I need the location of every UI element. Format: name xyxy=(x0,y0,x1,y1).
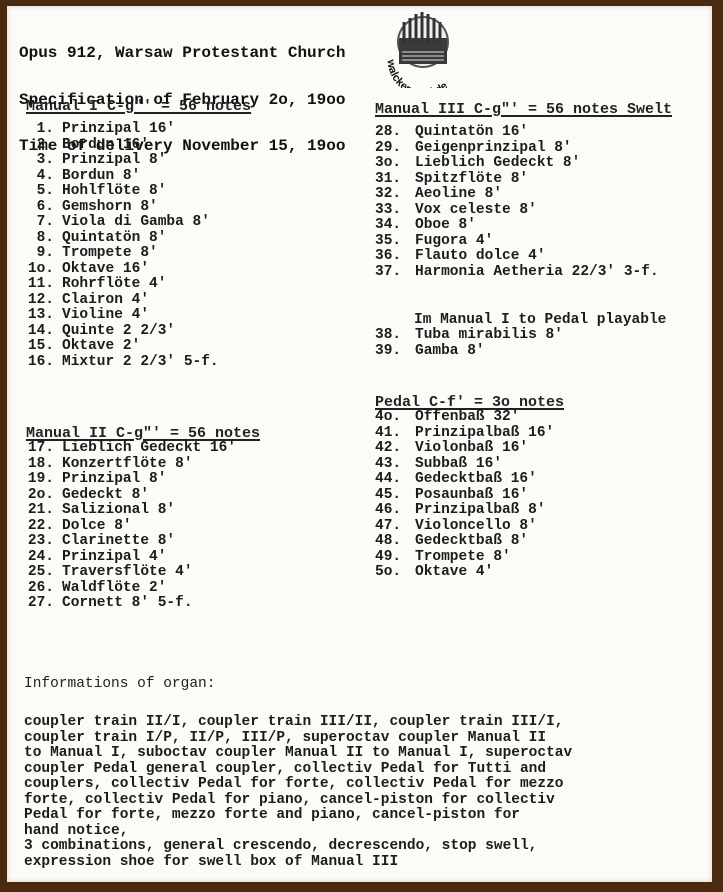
stop-item: 47.Violoncello 8' xyxy=(375,519,554,535)
stop-item: 7.Viola di Gamba 8' xyxy=(20,215,219,231)
stop-name: Oboe 8' xyxy=(415,217,476,233)
stop-number: 39. xyxy=(375,344,408,360)
stop-name: Prinzipal 4' xyxy=(62,549,166,565)
stop-number: 2o. xyxy=(20,488,54,504)
stop-number: 14. xyxy=(20,324,54,340)
stop-name: Prinzipal 8' xyxy=(62,471,166,487)
stop-item: 2.Bordun 16' xyxy=(20,138,219,154)
stop-name: Oktave 4' xyxy=(415,564,493,580)
stop-item: 5o.Oktave 4' xyxy=(375,565,554,581)
stop-number: 37. xyxy=(375,265,408,281)
stop-item: 49.Trompete 8' xyxy=(375,550,554,566)
info-line: expression shoe for swell box of Manual … xyxy=(24,855,714,871)
info-line: coupler train II/I, coupler train III/II… xyxy=(24,715,714,731)
stop-name: Clairon 4' xyxy=(62,292,149,308)
stop-number: 6. xyxy=(20,200,54,216)
stop-number: 43. xyxy=(375,457,408,473)
info-line: 3 combinations, general crescendo, decre… xyxy=(24,839,714,855)
stop-name: Salizional 8' xyxy=(62,502,175,518)
stop-item: 11.Rohrflöte 4' xyxy=(20,277,219,293)
info-line: forte, collectiv Pedal for piano, cancel… xyxy=(24,793,714,809)
stop-number: 21. xyxy=(20,503,54,519)
stop-number: 11. xyxy=(20,277,54,293)
stop-number: 33. xyxy=(375,203,408,219)
stop-item: 43.Subbaß 16' xyxy=(375,457,554,473)
stop-number: 26. xyxy=(20,581,54,597)
stop-item: 37.Harmonia Aetheria 22/3' 3-f. xyxy=(375,265,659,281)
stop-name: Viola di Gamba 8' xyxy=(62,214,210,230)
stop-item: 1.Prinzipal 16' xyxy=(20,122,219,138)
stop-item: 13.Violine 4' xyxy=(20,308,219,324)
stop-item: 33.Vox celeste 8' xyxy=(375,203,659,219)
stop-name: Gedecktbaß 8' xyxy=(415,533,528,549)
stop-item: 12.Clairon 4' xyxy=(20,293,219,309)
stop-number: 9. xyxy=(20,246,54,262)
stop-name: Lieblich Gedeckt 16' xyxy=(62,440,236,456)
stop-name: Vox celeste 8' xyxy=(415,202,537,218)
stop-name: Trompete 8' xyxy=(415,549,511,565)
manual-3-stop-list: 28.Quintatön 16'29.Geigenprinzipal 8'3o.… xyxy=(375,125,659,280)
stop-name: Prinzipalbaß 16' xyxy=(415,425,554,441)
stop-number: 34. xyxy=(375,218,408,234)
stop-item: 25.Traversflöte 4' xyxy=(20,565,236,581)
stop-number: 32. xyxy=(375,187,408,203)
stop-name: Rohrflöte 4' xyxy=(62,276,166,292)
stop-number: 16. xyxy=(20,355,54,371)
stop-number: 35. xyxy=(375,234,408,250)
stop-number: 7. xyxy=(20,215,54,231)
stop-name: Offenbaß 32' xyxy=(415,409,519,425)
stop-name: Cornett 8' 5-f. xyxy=(62,595,193,611)
stop-item: 31.Spitzflöte 8' xyxy=(375,172,659,188)
stop-number: 25. xyxy=(20,565,54,581)
stop-number: 5. xyxy=(20,184,54,200)
stop-item: 1o.Oktave 16' xyxy=(20,262,219,278)
stop-name: Lieblich Gedeckt 8' xyxy=(415,155,580,171)
stop-name: Geigenprinzipal 8' xyxy=(415,140,572,156)
stop-item: 38.Tuba mirabilis 8' xyxy=(375,328,563,344)
stop-item: 6.Gemshorn 8' xyxy=(20,200,219,216)
stop-name: Subbaß 16' xyxy=(415,456,502,472)
manual-1-stop-list: 1.Prinzipal 16'2.Bordun 16'3.Prinzipal 8… xyxy=(20,122,219,370)
stop-number: 5o. xyxy=(375,565,408,581)
stop-number: 36. xyxy=(375,249,408,265)
stop-number: 18. xyxy=(20,457,54,473)
stop-name: Hohlflöte 8' xyxy=(62,183,166,199)
info-line: coupler train I/P, II/P, III/P, superoct… xyxy=(24,731,714,747)
stop-item: 27.Cornett 8' 5-f. xyxy=(20,596,236,612)
stop-name: Prinzipalbaß 8' xyxy=(415,502,546,518)
stop-number: 22. xyxy=(20,519,54,535)
stop-number: 45. xyxy=(375,488,408,504)
stop-number: 23. xyxy=(20,534,54,550)
stop-number: 42. xyxy=(375,441,408,457)
stop-number: 8. xyxy=(20,231,54,247)
stop-number: 28. xyxy=(375,125,408,141)
stop-name: Oktave 16' xyxy=(62,261,149,277)
stop-item: 42.Violonbaß 16' xyxy=(375,441,554,457)
stop-number: 4. xyxy=(20,169,54,185)
stop-name: Violoncello 8' xyxy=(415,518,537,534)
stop-item: 16.Mixtur 2 2/3' 5-f. xyxy=(20,355,219,371)
stop-item: 3o.Lieblich Gedeckt 8' xyxy=(375,156,659,172)
stop-item: 18.Konzertflöte 8' xyxy=(20,457,236,473)
stop-name: Gamba 8' xyxy=(415,343,485,359)
info-line: Pedal for forte, mezzo forte and piano, … xyxy=(24,808,714,824)
stop-number: 29. xyxy=(375,141,408,157)
stop-item: 2o.Gedeckt 8' xyxy=(20,488,236,504)
stop-item: 19.Prinzipal 8' xyxy=(20,472,236,488)
stop-item: 45.Posaunbaß 16' xyxy=(375,488,554,504)
stop-item: 23.Clarinette 8' xyxy=(20,534,236,550)
stop-number: 46. xyxy=(375,503,408,519)
stop-name: Quintatön 16' xyxy=(415,124,528,140)
stop-item: 9.Trompete 8' xyxy=(20,246,219,262)
stop-name: Aeoline 8' xyxy=(415,186,502,202)
stop-number: 44. xyxy=(375,472,408,488)
stop-name: Gemshorn 8' xyxy=(62,199,158,215)
stop-name: Gedecktbaß 16' xyxy=(415,471,537,487)
stop-number: 48. xyxy=(375,534,408,550)
info-body: coupler train II/I, coupler train III/II… xyxy=(24,715,714,870)
stop-name: Tuba mirabilis 8' xyxy=(415,327,563,343)
stop-item: 14.Quinte 2 2/3' xyxy=(20,324,219,340)
stop-number: 3o. xyxy=(375,156,408,172)
stop-item: 4o.Offenbaß 32' xyxy=(375,410,554,426)
stop-name: Spitzflöte 8' xyxy=(415,171,528,187)
stop-number: 2. xyxy=(20,138,54,154)
stop-name: Bordun 8' xyxy=(62,168,140,184)
stop-item: 34.Oboe 8' xyxy=(375,218,659,234)
stop-item: 32.Aeoline 8' xyxy=(375,187,659,203)
stop-name: Quinte 2 2/3' xyxy=(62,323,175,339)
stop-number: 1. xyxy=(20,122,54,138)
stop-name: Traversflöte 4' xyxy=(62,564,193,580)
info-line: to Manual I, suboctav coupler Manual II … xyxy=(24,746,714,762)
stop-item: 48.Gedecktbaß 8' xyxy=(375,534,554,550)
stop-item: 5.Hohlflöte 8' xyxy=(20,184,219,200)
info-line: couplers, collectiv Pedal for forte, col… xyxy=(24,777,714,793)
stop-name: Prinzipal 16' xyxy=(62,121,175,137)
stop-item: 22.Dolce 8' xyxy=(20,519,236,535)
manual-3-title: Manual III C-g"' = 56 notes Swelt xyxy=(375,101,672,118)
stop-item: 3.Prinzipal 8' xyxy=(20,153,219,169)
stop-number: 31. xyxy=(375,172,408,188)
manual-1-title: Manual I C-g"' = 56 notes xyxy=(26,98,251,115)
stop-item: 39.Gamba 8' xyxy=(375,344,563,360)
stop-item: 17.Lieblich Gedeckt 16' xyxy=(20,441,236,457)
stop-name: Gedeckt 8' xyxy=(62,487,149,503)
stop-number: 12. xyxy=(20,293,54,309)
stop-number: 24. xyxy=(20,550,54,566)
stop-name: Konzertflöte 8' xyxy=(62,456,193,472)
stop-item: 28.Quintatön 16' xyxy=(375,125,659,141)
stop-number: 15. xyxy=(20,339,54,355)
pedal-stop-list: 4o.Offenbaß 32'41.Prinzipalbaß 16'42.Vio… xyxy=(375,410,554,581)
walcker-organ-logo: walckerorgel.de xyxy=(382,8,467,88)
stop-item: 4.Bordun 8' xyxy=(20,169,219,185)
stop-number: 38. xyxy=(375,328,408,344)
stop-name: Posaunbaß 16' xyxy=(415,487,528,503)
stop-item: 8.Quintatön 8' xyxy=(20,231,219,247)
stop-number: 19. xyxy=(20,472,54,488)
stop-name: Violonbaß 16' xyxy=(415,440,528,456)
stop-item: 41.Prinzipalbaß 16' xyxy=(375,426,554,442)
stop-number: 49. xyxy=(375,550,408,566)
stop-item: 46.Prinzipalbaß 8' xyxy=(375,503,554,519)
manual-1-pedal-note: Im Manual I to Pedal playable xyxy=(414,312,666,328)
stop-number: 13. xyxy=(20,308,54,324)
stop-number: 17. xyxy=(20,441,54,457)
stop-item: 36.Flauto dolce 4' xyxy=(375,249,659,265)
stop-item: 26.Waldflöte 2' xyxy=(20,581,236,597)
info-line: coupler Pedal general coupler, collectiv… xyxy=(24,762,714,778)
stop-name: Waldflöte 2' xyxy=(62,580,166,596)
info-title: Informations of organ: xyxy=(24,676,215,692)
stop-name: Bordun 16' xyxy=(62,137,149,153)
info-line: hand notice, xyxy=(24,824,714,840)
stop-name: Prinzipal 8' xyxy=(62,152,166,168)
stop-number: 27. xyxy=(20,596,54,612)
stop-number: 4o. xyxy=(375,410,408,426)
stop-number: 47. xyxy=(375,519,408,535)
stop-item: 15.Oktave 2' xyxy=(20,339,219,355)
stop-name: Flauto dolce 4' xyxy=(415,248,546,264)
stop-number: 3. xyxy=(20,153,54,169)
stop-number: 1o. xyxy=(20,262,54,278)
stop-name: Violine 4' xyxy=(62,307,149,323)
stop-number: 41. xyxy=(375,426,408,442)
stop-item: 44.Gedecktbaß 16' xyxy=(375,472,554,488)
stop-item: 24.Prinzipal 4' xyxy=(20,550,236,566)
stop-item: 29.Geigenprinzipal 8' xyxy=(375,141,659,157)
stop-name: Mixtur 2 2/3' 5-f. xyxy=(62,354,219,370)
stop-item: 21.Salizional 8' xyxy=(20,503,236,519)
stop-name: Quintatön 8' xyxy=(62,230,166,246)
header-line-opus: Opus 912, Warsaw Protestant Church xyxy=(19,46,345,62)
stop-name: Trompete 8' xyxy=(62,245,158,261)
stop-item: 35.Fugora 4' xyxy=(375,234,659,250)
manual-2-stop-list: 17.Lieblich Gedeckt 16'18.Konzertflöte 8… xyxy=(20,441,236,612)
manual-3-extra-stop-list: 38.Tuba mirabilis 8'39.Gamba 8' xyxy=(375,328,563,359)
organ-pipes-icon: walckerorgel.de xyxy=(382,8,467,88)
stop-name: Dolce 8' xyxy=(62,518,132,534)
stop-name: Fugora 4' xyxy=(415,233,493,249)
stop-name: Harmonia Aetheria 22/3' 3-f. xyxy=(415,264,659,280)
stop-name: Oktave 2' xyxy=(62,338,140,354)
stop-name: Clarinette 8' xyxy=(62,533,175,549)
